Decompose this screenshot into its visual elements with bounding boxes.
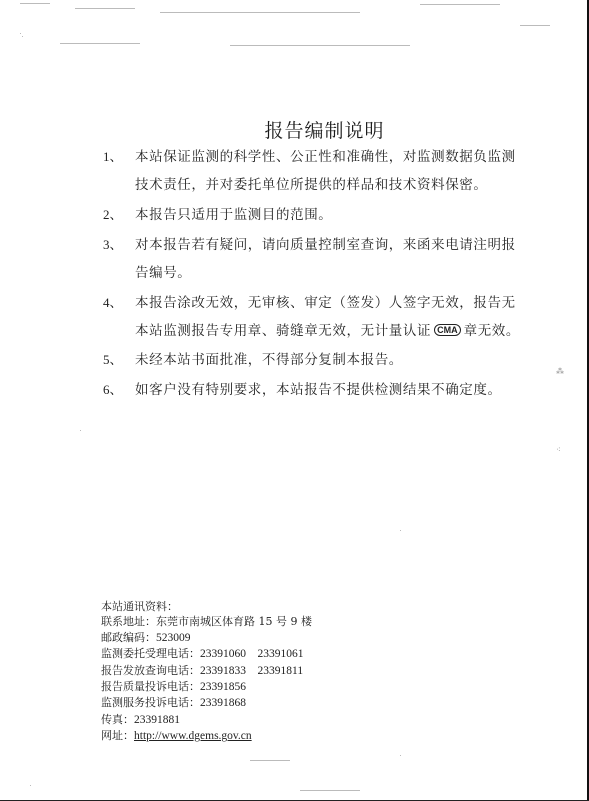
item-text: 本报告只适用于监测目的范围。: [135, 201, 520, 229]
quality-complaint-phone-value: 23391856: [200, 681, 246, 693]
fax-label: 传真：: [101, 713, 134, 726]
document-title: 报告编制说明: [0, 116, 589, 143]
item-number: 6、: [103, 376, 133, 404]
item-line: 未经本站书面批准，不得部分复制本报告。: [135, 346, 520, 374]
contact-fax: 传真：23391881: [101, 712, 312, 728]
item-line-with-stamp: 本站监测报告专用章、骑缝章无效，无计量认证CMA章无效。: [135, 317, 520, 345]
item-line: 告编号。: [135, 259, 520, 287]
address-value: 东莞市南城区体育路 15 号 9 楼: [156, 615, 312, 628]
item-line-suffix: 章无效。: [464, 323, 520, 339]
commission-phone-label: 监测委托受理电话：: [101, 647, 200, 660]
item-text: 未经本站书面批准，不得部分复制本报告。: [135, 346, 520, 374]
contact-quality-complaint-phone: 报告质量投诉电话：23391856: [101, 679, 312, 695]
contact-commission-phone: 监测委托受理电话：23391060 23391061: [101, 646, 312, 662]
item-text: 本报告涂改无效，无审核、审定（签发）人签字无效，报告无 本站监测报告专用章、骑缝…: [135, 289, 520, 345]
item-line: 本报告只适用于监测目的范围。: [135, 201, 520, 229]
item-number: 3、: [103, 231, 133, 259]
quality-complaint-phone-label: 报告质量投诉电话：: [101, 680, 200, 693]
item-number: 5、: [103, 346, 133, 374]
list-item: 5、 未经本站书面批准，不得部分复制本报告。: [103, 346, 523, 374]
service-complaint-phone-value: 23391868: [200, 697, 246, 709]
scanned-page: ⁂ ⁖ 报告编制说明 1、 本站保证监测的科学性、公正性和准确性，对监测数据负监…: [0, 0, 589, 801]
list-item: 6、 如客户没有特别要求，本站报告不提供检测结果不确定度。: [103, 376, 523, 404]
item-line: 本报告涂改无效，无审核、审定（签发）人签字无效，报告无: [135, 289, 520, 317]
item-line-text: 本站监测报告专用章、骑缝章无效，无计量认证: [135, 323, 431, 339]
website-link[interactable]: http://www.dgems.gov.cn: [134, 730, 252, 742]
list-item: 2、 本报告只适用于监测目的范围。: [103, 201, 523, 229]
commission-phone-value: 23391060 23391061: [200, 648, 304, 660]
postcode-value: 523009: [156, 632, 191, 644]
address-label: 联系地址：: [101, 615, 156, 628]
item-text: 如客户没有特别要求，本站报告不提供检测结果不确定度。: [135, 376, 520, 404]
item-line: 技术责任，并对委托单位所提供的样品和技术资料保密。: [135, 171, 520, 199]
contact-report-query-phone: 报告发放查询电话：23391833 23391811: [101, 663, 312, 679]
item-text: 对本报告若有疑问，请向质量控制室查询，来函来电请注明报 告编号。: [135, 231, 520, 287]
item-text: 本站保证监测的科学性、公正性和准确性，对监测数据负监测 技术责任，并对委托单位所…: [135, 143, 520, 199]
contact-service-complaint-phone: 监测服务投诉电话：23391868: [101, 695, 312, 711]
list-item: 4、 本报告涂改无效，无审核、审定（签发）人签字无效，报告无 本站监测报告专用章…: [103, 289, 523, 345]
contact-address: 联系地址：东莞市南城区体育路 15 号 9 楼: [101, 614, 312, 629]
list-item: 3、 对本报告若有疑问，请向质量控制室查询，来函来电请注明报 告编号。: [103, 231, 523, 287]
item-line: 对本报告若有疑问，请向质量控制室查询，来函来电请注明报: [135, 231, 520, 259]
contact-heading: 本站通讯资料：: [101, 599, 312, 614]
list-item: 1、 本站保证监测的科学性、公正性和准确性，对监测数据负监测 技术责任，并对委托…: [103, 143, 523, 199]
margin-scribble: ⁂: [556, 367, 564, 376]
postcode-label: 邮政编码：: [101, 631, 156, 644]
cma-stamp-icon: CMA: [434, 324, 461, 336]
service-complaint-phone-label: 监测服务投诉电话：: [101, 696, 200, 709]
item-line: 如客户没有特别要求，本站报告不提供检测结果不确定度。: [135, 376, 520, 404]
report-query-phone-label: 报告发放查询电话：: [101, 664, 200, 677]
contact-info: 本站通讯资料： 联系地址：东莞市南城区体育路 15 号 9 楼 邮政编码：523…: [101, 599, 312, 745]
contact-website: 网址：http://www.dgems.gov.cn: [101, 728, 312, 744]
contact-postcode: 邮政编码：523009: [101, 630, 312, 646]
fax-value: 23391881: [134, 714, 180, 726]
item-number: 2、: [103, 201, 133, 229]
report-query-phone-value: 23391833 23391811: [200, 665, 303, 677]
item-number: 4、: [103, 289, 133, 317]
item-number: 1、: [103, 143, 133, 171]
item-line: 本站保证监测的科学性、公正性和准确性，对监测数据负监测: [135, 143, 520, 171]
margin-scribble: ⁖: [556, 445, 561, 454]
website-label: 网址：: [101, 729, 134, 742]
